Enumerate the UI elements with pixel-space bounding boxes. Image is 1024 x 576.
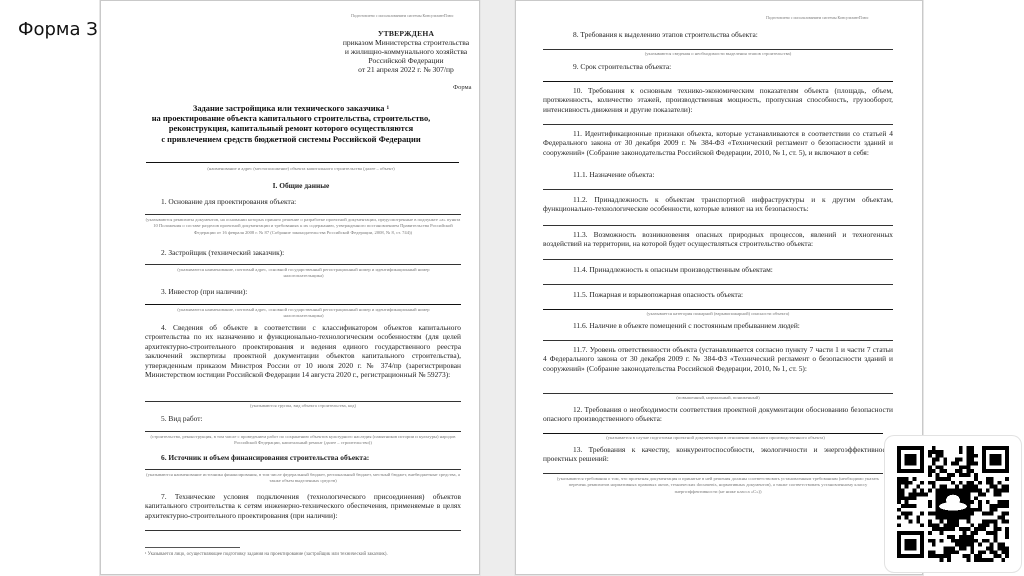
qr-code[interactable]	[897, 446, 1009, 562]
field-line-11-3[interactable]	[543, 259, 893, 260]
field-label-11-4: 11.4. Принадлежность к опасным производс…	[573, 265, 893, 274]
field-line-11-2[interactable]	[543, 225, 893, 226]
title-line: с привлечением средств бюджетной системы…	[121, 135, 461, 145]
approval-line: приказом Министерства строительства	[326, 38, 480, 47]
field-label-5: 5. Вид работ:	[161, 414, 461, 423]
field-line-9[interactable]	[543, 81, 893, 82]
page-gutter	[478, 0, 515, 576]
field-label-2: 2. Застройщик (технический заказчик):	[161, 248, 461, 257]
field-label-11-6: 11.6. Наличие в объекте помещений с пост…	[573, 321, 893, 330]
field-label-11: 11. Идентификационные признаки объекта, …	[543, 129, 893, 157]
field-hint-6: (указываются наименование источника фина…	[145, 472, 461, 485]
approval-block: УТВЕРЖДЕНА приказом Министерства строите…	[326, 29, 480, 74]
field-label-10: 10. Требования к основным технико-эконом…	[543, 86, 893, 114]
field-line-13[interactable]	[543, 473, 883, 474]
object-hint: (наименование и адрес (местоположение) о…	[141, 166, 461, 172]
consultant-note: Подготовлено с использованием системы Ко…	[351, 13, 453, 18]
field-hint-1: (указываются реквизиты документов, на ос…	[145, 217, 461, 236]
field-hint-12: (указывается в случае подготовки проектн…	[543, 435, 888, 441]
field-line-11-7[interactable]	[543, 393, 893, 394]
field-line-11-6[interactable]	[543, 340, 893, 341]
field-hint-4: (указываются группа, вид объекта строите…	[145, 403, 461, 409]
footnote-separator	[145, 547, 240, 548]
field-label-11-3: 11.3. Возможность возникновения опасных …	[543, 230, 893, 249]
approval-heading: УТВЕРЖДЕНА	[326, 29, 480, 38]
field-label-3: 3. Инвестор (при наличии):	[161, 287, 461, 296]
approval-line: от 21 апреля 2022 г. № 307/пр	[326, 65, 480, 74]
field-label-11-2: 11.2. Принадлежность к объектам транспор…	[543, 195, 893, 214]
field-line-12[interactable]	[543, 433, 883, 434]
field-hint-2: (указываются наименование, почтовый адре…	[161, 267, 446, 280]
object-name-line	[146, 162, 459, 163]
field-label-9: 9. Срок строительства объекта:	[573, 62, 893, 71]
approval-line: Российской Федерации	[326, 56, 480, 65]
field-line-2[interactable]	[145, 264, 461, 265]
field-label-13: 13. Требования к качеству, конкурентоспо…	[543, 445, 893, 464]
document-page-1: Подготовлено с использованием системы Ко…	[100, 0, 480, 575]
field-line-6[interactable]	[145, 469, 461, 470]
qr-code-card[interactable]	[884, 435, 1022, 573]
title-line: Задание застройщика или технического зак…	[121, 104, 461, 114]
field-line-11-1[interactable]	[543, 189, 893, 190]
field-hint-11-5: (указывается категория пожарной (взрывоп…	[543, 311, 893, 317]
field-line-8[interactable]	[543, 49, 893, 50]
field-label-12: 12. Требования о необходимости соответст…	[543, 405, 893, 424]
field-label-11-1: 11.1. Назначение объекта:	[573, 170, 893, 179]
field-hint-3: (указываются наименование, почтовый адре…	[161, 307, 446, 320]
consultant-note: Подготовлено с использованием системы Ко…	[766, 15, 868, 20]
field-line-11-4[interactable]	[543, 284, 893, 285]
field-label-4: 4. Сведения об объекте в соответствии с …	[145, 323, 461, 379]
title-line: на проектирование объекта капитального с…	[121, 114, 461, 124]
title-line: реконструкция, капитальный ремонт которо…	[121, 124, 461, 134]
field-label-7: 7. Технические условия подключения (техн…	[145, 492, 461, 520]
document-page-2: Подготовлено с использованием системы Ко…	[515, 0, 923, 575]
field-label-6: 6. Источник и объем финансирования строи…	[161, 453, 461, 462]
field-label-11-7: 11.7. Уровень ответственности объекта (у…	[543, 345, 893, 373]
field-label-11-5: 11.5. Пожарная и взрывопожарная опасност…	[573, 290, 893, 299]
field-line-4[interactable]	[145, 401, 461, 402]
field-label-1: 1. Основание для проектирования объекта:	[161, 197, 461, 206]
footnote: ¹ Указывается лицо, осуществляющее подго…	[145, 552, 465, 557]
section-heading: I. Общие данные	[141, 181, 461, 190]
field-line-10[interactable]	[543, 124, 893, 125]
field-hint-11-7: (повышенный, нормальный, пониженный)	[543, 395, 893, 401]
field-hint-5: (строительство, реконструкция, в том чис…	[145, 434, 461, 447]
form-label: Форма	[453, 84, 472, 91]
document-title: Задание застройщика или технического зак…	[121, 104, 461, 145]
field-line-3[interactable]	[145, 304, 461, 305]
field-hint-13: (указываются требования о том, что проек…	[553, 476, 883, 495]
field-label-8: 8. Требования к выделению этапов строите…	[573, 30, 893, 39]
approval-line: и жилищно-коммунального хозяйства	[326, 47, 480, 56]
field-hint-8: (указываются сведения о необходимости вы…	[543, 51, 893, 57]
field-line-1[interactable]	[145, 214, 461, 215]
field-line-5[interactable]	[145, 431, 461, 432]
field-line-7[interactable]	[145, 530, 461, 531]
field-line-11-5[interactable]	[543, 309, 893, 310]
